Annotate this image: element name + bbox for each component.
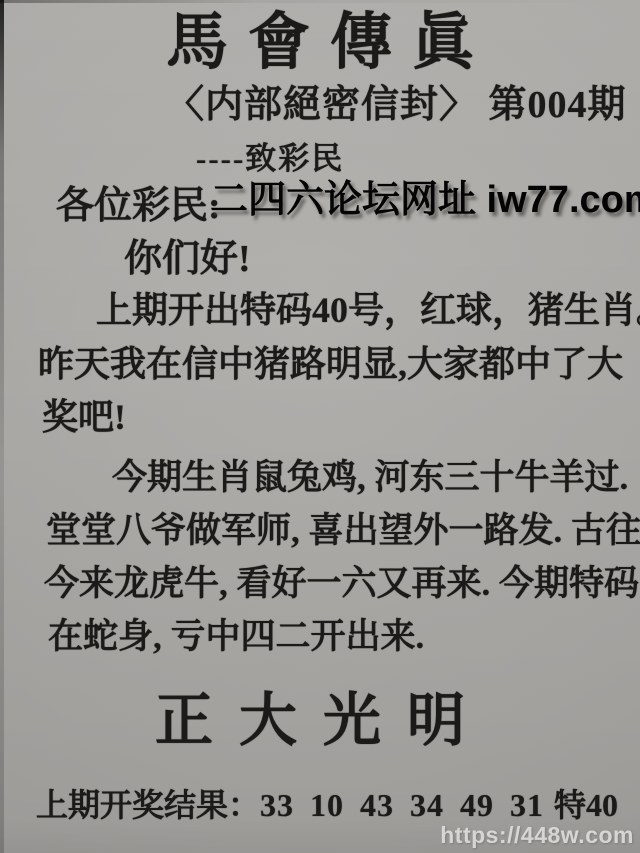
page-title: 馬會傳眞 — [0, 12, 640, 74]
fax-letter-photo: 馬會傳眞 〈内部絕密信封〉 第004期 ----致彩民 各位彩民: 二四六论坛网… — [0, 0, 640, 853]
motto-text: 正大光明 — [0, 692, 620, 750]
paragraph2-line1: 今期生肖鼠兔鸡, 河东三十牛羊过. — [112, 460, 628, 495]
paragraph2-line4: 在蛇身, 亏中四二开出来. — [48, 619, 424, 654]
paragraph1-line1: 上期开出特码40号，红球，猪生肖。 — [96, 292, 640, 328]
last-draw-special-number: 特40 — [554, 787, 618, 823]
salutation-text: 各位彩民: — [56, 187, 221, 225]
dedication-line: ----致彩民 — [196, 143, 344, 174]
issue-line: 〈内部絕密信封〉 第004期 — [166, 86, 627, 124]
photo-top-edge — [0, 0, 640, 3]
paragraph2-line2: 堂堂八爷做军师, 喜出望外一路发. 古往 — [46, 513, 640, 548]
paragraph2-line3: 今来龙虎牛, 看好一六又再来. 今期特码 — [44, 566, 639, 601]
greeting-text: 你们好! — [124, 240, 251, 278]
site-url-watermark: https://448w.com — [440, 824, 634, 847]
paragraph1-line2: 昨天我在信中猪路明显,大家都中了大 — [38, 346, 623, 382]
last-draw-label: 上期开奖结果： — [36, 787, 260, 823]
last-draw-results: 上期开奖结果：33 10 43 34 49 31特40 — [36, 789, 618, 821]
paragraph1-line3: 奖吧! — [42, 399, 126, 435]
forum-watermark-banner: 二四六论坛网址 iw77.com — [210, 181, 640, 219]
last-draw-numbers: 33 10 43 34 49 31 — [260, 787, 544, 823]
